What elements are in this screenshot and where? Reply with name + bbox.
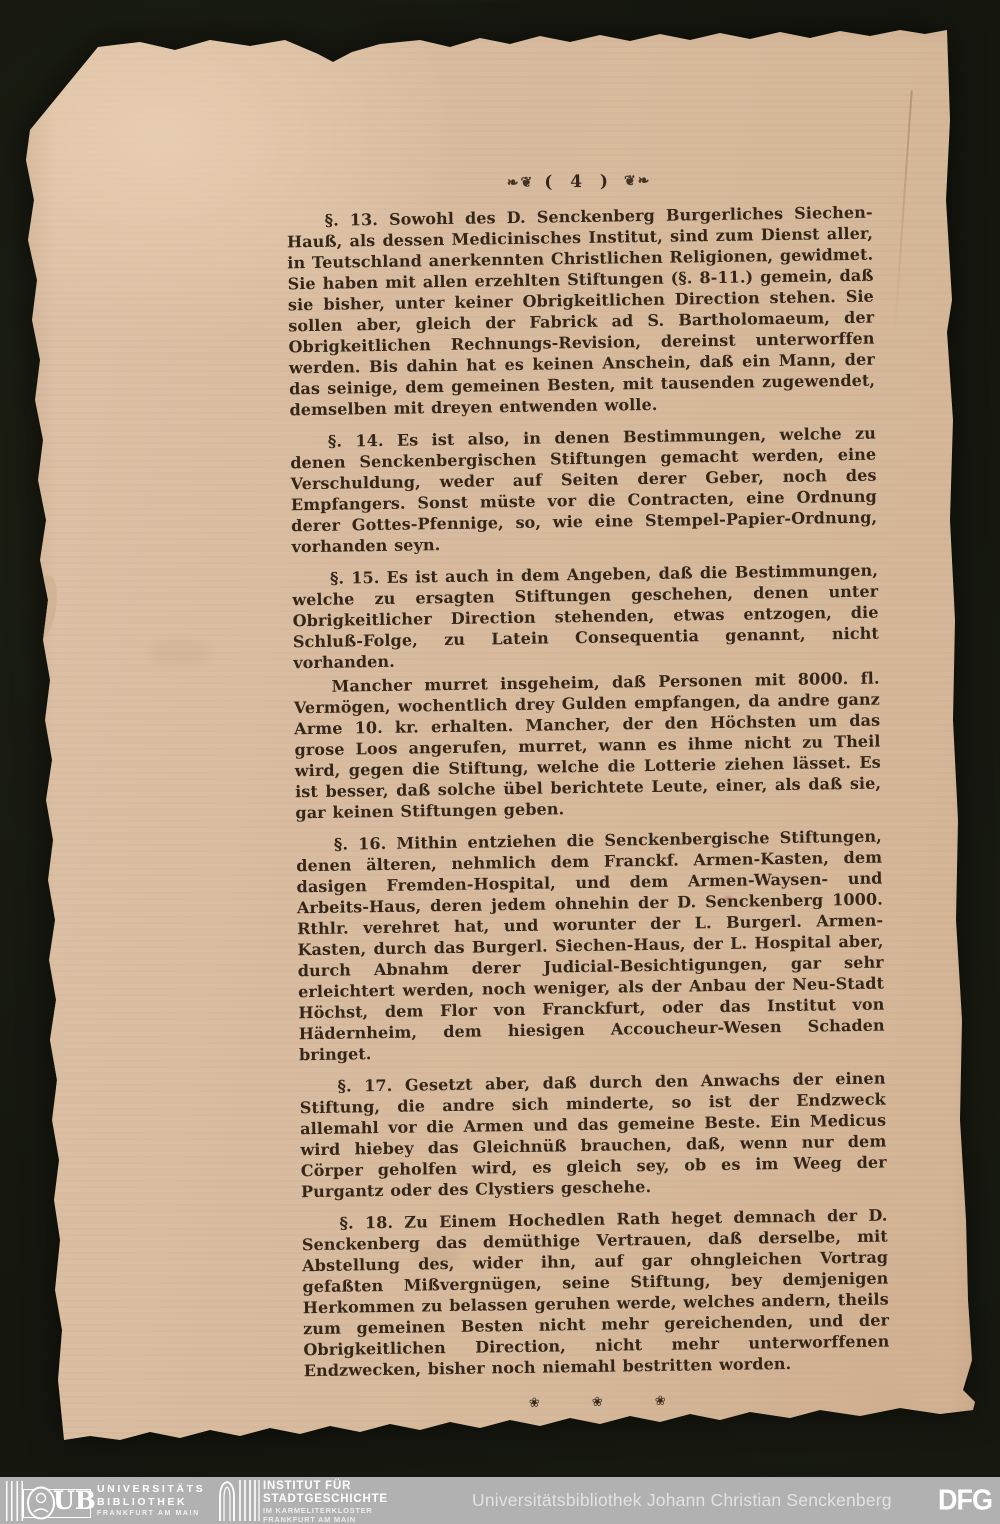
page-text-block: ❧❦ ( 4 ) ❦❧ §. 13. Sowohl des D. Sencken… [286, 168, 890, 1415]
ub-line-1: UNIVERSITÄTS [97, 1483, 205, 1496]
paragraph-s13: §. 13. Sowohl des D. Senckenberg Burgerl… [287, 202, 876, 421]
footer-bar: UB UNIVERSITÄTS BIBLIOTHEK FRANKFURT AM … [0, 1477, 1000, 1524]
floral-ornament-icon: ❦❧ [624, 173, 652, 189]
dfg-logo: DFG [938, 1484, 992, 1517]
institut-stadtgeschichte-wordmark: INSTITUT FÜR STADTGESCHICHTE IM KARMELIT… [263, 1480, 388, 1524]
book-pages-icon [6, 1481, 23, 1521]
portrait-icon [26, 1486, 56, 1520]
paragraph-s16: §. 16. Mithin entziehen die Senckenbergi… [296, 826, 885, 1066]
paper-stain [150, 640, 210, 666]
rosette-ornament-icon: ❀ [592, 1395, 603, 1410]
rosette-ornament-icon: ❀ [655, 1394, 666, 1409]
floral-ornament-icon: ❧❦ [507, 175, 535, 191]
library-credit-text: Universitätsbibliothek Johann Christian … [472, 1490, 892, 1511]
rosette-ornament-icon: ❀ [529, 1396, 540, 1411]
scan-viewport: { "document": { "header": { "ornament_le… [0, 0, 1000, 1524]
ub-acronym: UB [53, 1487, 96, 1515]
paragraph-s14: §. 14. Es ist also, in denen Bestimmunge… [290, 423, 878, 558]
page-number: ( 4 ) [544, 171, 614, 192]
paragraph-mancher: Mancher murret insgeheim, daß Personen m… [293, 668, 881, 824]
ub-line-3: FRANKFURT AM MAIN [97, 1508, 205, 1519]
isg-line-4: FRANKFURT AM MAIN [263, 1516, 388, 1524]
isg-line-2: STADTGESCHICHTE [263, 1493, 388, 1506]
paragraph-s15: §. 15. Es ist auch in dem Angeben, daß d… [292, 560, 879, 674]
paragraph-s17: §. 17. Gesetzt aber, daß durch den Anwac… [299, 1068, 887, 1203]
paragraph-s18: §. 18. Zu Einem Hochedlen Rath heget dem… [301, 1205, 889, 1382]
ub-line-2: BIBLIOTHEK [97, 1496, 205, 1509]
isg-line-1: INSTITUT FÜR [263, 1480, 388, 1493]
ub-library-wordmark: UNIVERSITÄTS BIBLIOTHEK FRANKFURT AM MAI… [97, 1483, 205, 1519]
karmeliterkloster-arch-icon [216, 1480, 260, 1521]
